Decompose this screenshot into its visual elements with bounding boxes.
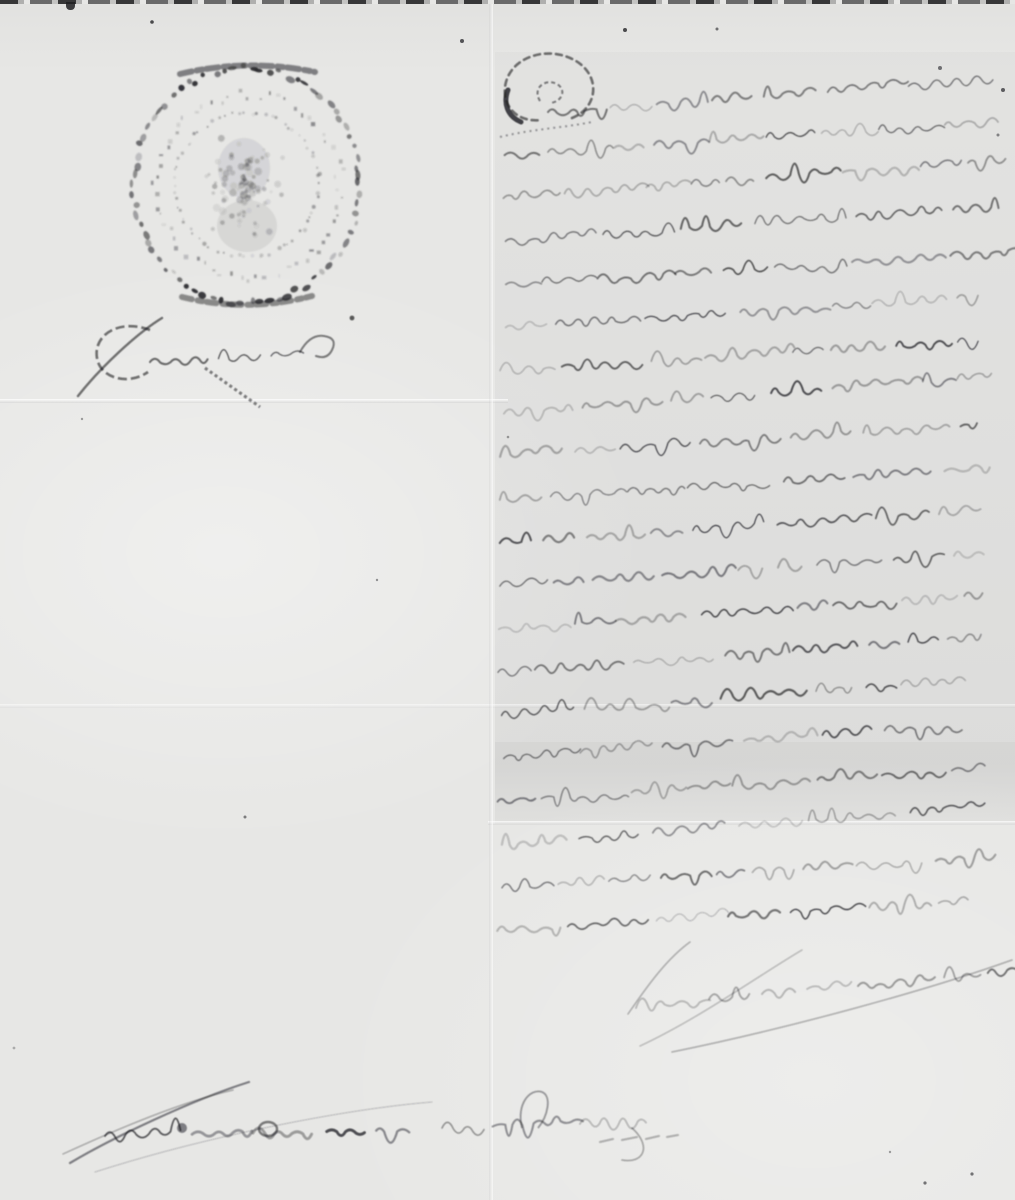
handwritten-body-text xyxy=(497,54,1015,936)
bottom-left-signature xyxy=(63,1082,678,1172)
left-margin-annotation xyxy=(78,316,354,407)
scanned-letter-page: Scanned page of a faded 19th-century han… xyxy=(0,0,1015,1200)
official-seal-stamp xyxy=(129,63,363,308)
secretary-signature xyxy=(628,942,1015,1052)
manuscript-artwork xyxy=(0,0,1015,1200)
